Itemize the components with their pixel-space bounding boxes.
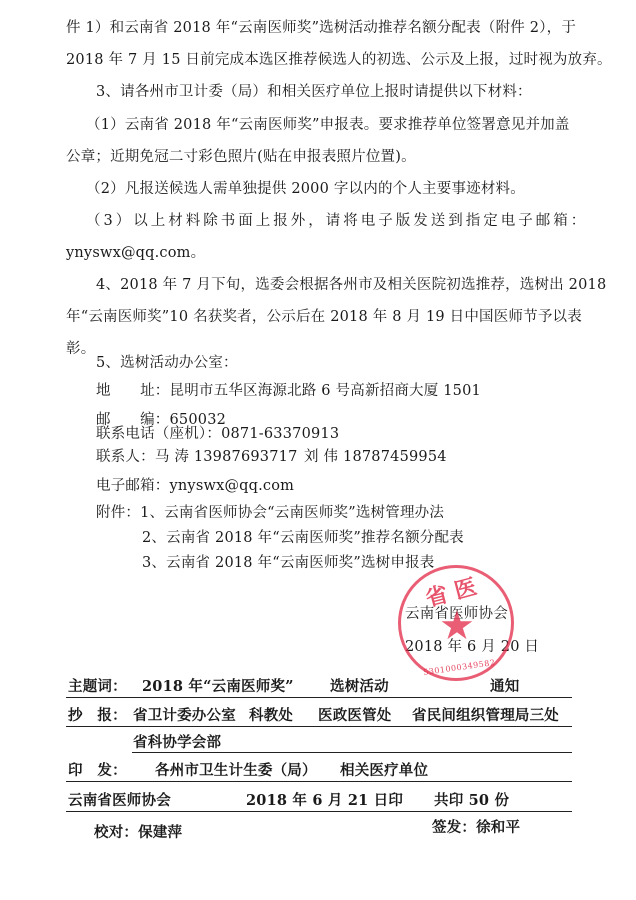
attachments-label: 附件： xyxy=(96,505,140,521)
contact-label: 联系人： xyxy=(96,449,155,465)
attachment-row: 附件：1、云南省医师协会“云南医师奖”选树管理办法 xyxy=(96,503,444,523)
body-line: 4、2018 年 7 月下旬，选委会根据各州市及相关医院初选推荐，选树出 201… xyxy=(96,275,606,295)
phone-value: 0871-63370913 xyxy=(221,426,339,442)
body-line: （3）以上材料除书面上报外，请将电子版发送到指定电子邮箱： xyxy=(86,211,588,231)
subject-part: 2018 年“云南医师奖” xyxy=(142,677,294,697)
printer: 云南省医师协会 xyxy=(68,791,171,811)
body-line: 彰。 xyxy=(66,339,95,359)
cc-item: 省卫计委办公室 xyxy=(133,706,236,726)
divider xyxy=(132,752,572,753)
body-line: 3、请各州市卫计委（局）和相关医疗单位上报时请提供以下材料： xyxy=(96,82,532,102)
cc-item: 省民间组织管理局三处 xyxy=(412,706,559,726)
issue-label: 印 发： xyxy=(68,761,127,781)
attachment-item: 3、云南省 2018 年“云南医师奖”选树申报表 xyxy=(142,553,434,573)
proofreader: 校对：保建萍 xyxy=(94,823,182,843)
subject-part: 通知 xyxy=(490,677,519,697)
body-line: 件 1）和云南省 2018 年“云南医师奖”选树活动推荐名额分配表（附件 2），… xyxy=(66,18,576,38)
cc-label: 抄 报： xyxy=(68,706,127,726)
star-icon: ★ xyxy=(439,606,475,646)
subject-label: 主题词： xyxy=(68,677,127,697)
issuer: 签发：徐和平 xyxy=(432,818,520,838)
email-line: ynyswx@qq.com。 xyxy=(66,243,205,263)
contact-person-2: 刘 伟 18787459954 xyxy=(304,447,447,467)
body-line: 公章；近期免冠二寸彩色照片(贴在申报表照片位置)。 xyxy=(66,147,416,167)
address-row: 地 址：昆明市五华区海源北路 6 号高新招商大厦 1501 xyxy=(96,381,481,401)
phone-row: 联系电话（座机）：0871-63370913 xyxy=(96,424,339,444)
address-label: 地 址： xyxy=(96,383,170,399)
body-line: （1）云南省 2018 年“云南医师奖”申报表。要求推荐单位签署意见并加盖 xyxy=(86,115,570,135)
print-date: 2018 年 6 月 21 日印 xyxy=(246,791,403,811)
divider xyxy=(66,697,572,698)
divider xyxy=(66,726,572,727)
email-value: ynyswx@qq.com xyxy=(170,478,295,494)
cc-item: 科教处 xyxy=(249,706,293,726)
attachment-item: 2、云南省 2018 年“云南医师奖”推荐名额分配表 xyxy=(142,528,464,548)
official-seal: 省 医 ★ 5301000349582 xyxy=(398,565,514,681)
issue-item: 相关医疗单位 xyxy=(340,761,428,781)
contact-row: 联系人：马 涛 13987693717 xyxy=(96,447,298,467)
section-heading: 5、选树活动办公室： xyxy=(96,353,238,373)
cc-item: 医政医管处 xyxy=(318,706,392,726)
cc-item: 省科协学会部 xyxy=(133,733,221,753)
email-row: 电子邮箱：ynyswx@qq.com xyxy=(96,476,294,496)
body-line: 2018 年 7 月 15 日前完成本选区推荐候选人的初选、公示及上报，过时视为… xyxy=(66,50,612,70)
body-line: （2）凡报送候选人需单独提供 2000 字以内的个人主要事迹材料。 xyxy=(86,179,525,199)
subject-part: 选树活动 xyxy=(330,677,389,697)
copies: 共印 50 份 xyxy=(434,791,509,811)
issue-item: 各州市卫生计生委（局） xyxy=(155,761,317,781)
email-label: 电子邮箱： xyxy=(96,478,170,494)
address-value: 昆明市五华区海源北路 6 号高新招商大厦 1501 xyxy=(170,383,481,399)
body-line: 年“云南医师奖”10 名获奖者，公示后在 2018 年 8 月 19 日中国医师… xyxy=(66,307,582,327)
seal-code: 5301000349582 xyxy=(423,658,496,677)
contact-person-1: 马 涛 13987693717 xyxy=(155,449,298,465)
divider xyxy=(66,811,572,812)
divider xyxy=(66,781,572,782)
phone-label: 联系电话（座机）： xyxy=(96,426,221,442)
attachment-item: 1、云南省医师协会“云南医师奖”选树管理办法 xyxy=(140,505,444,521)
